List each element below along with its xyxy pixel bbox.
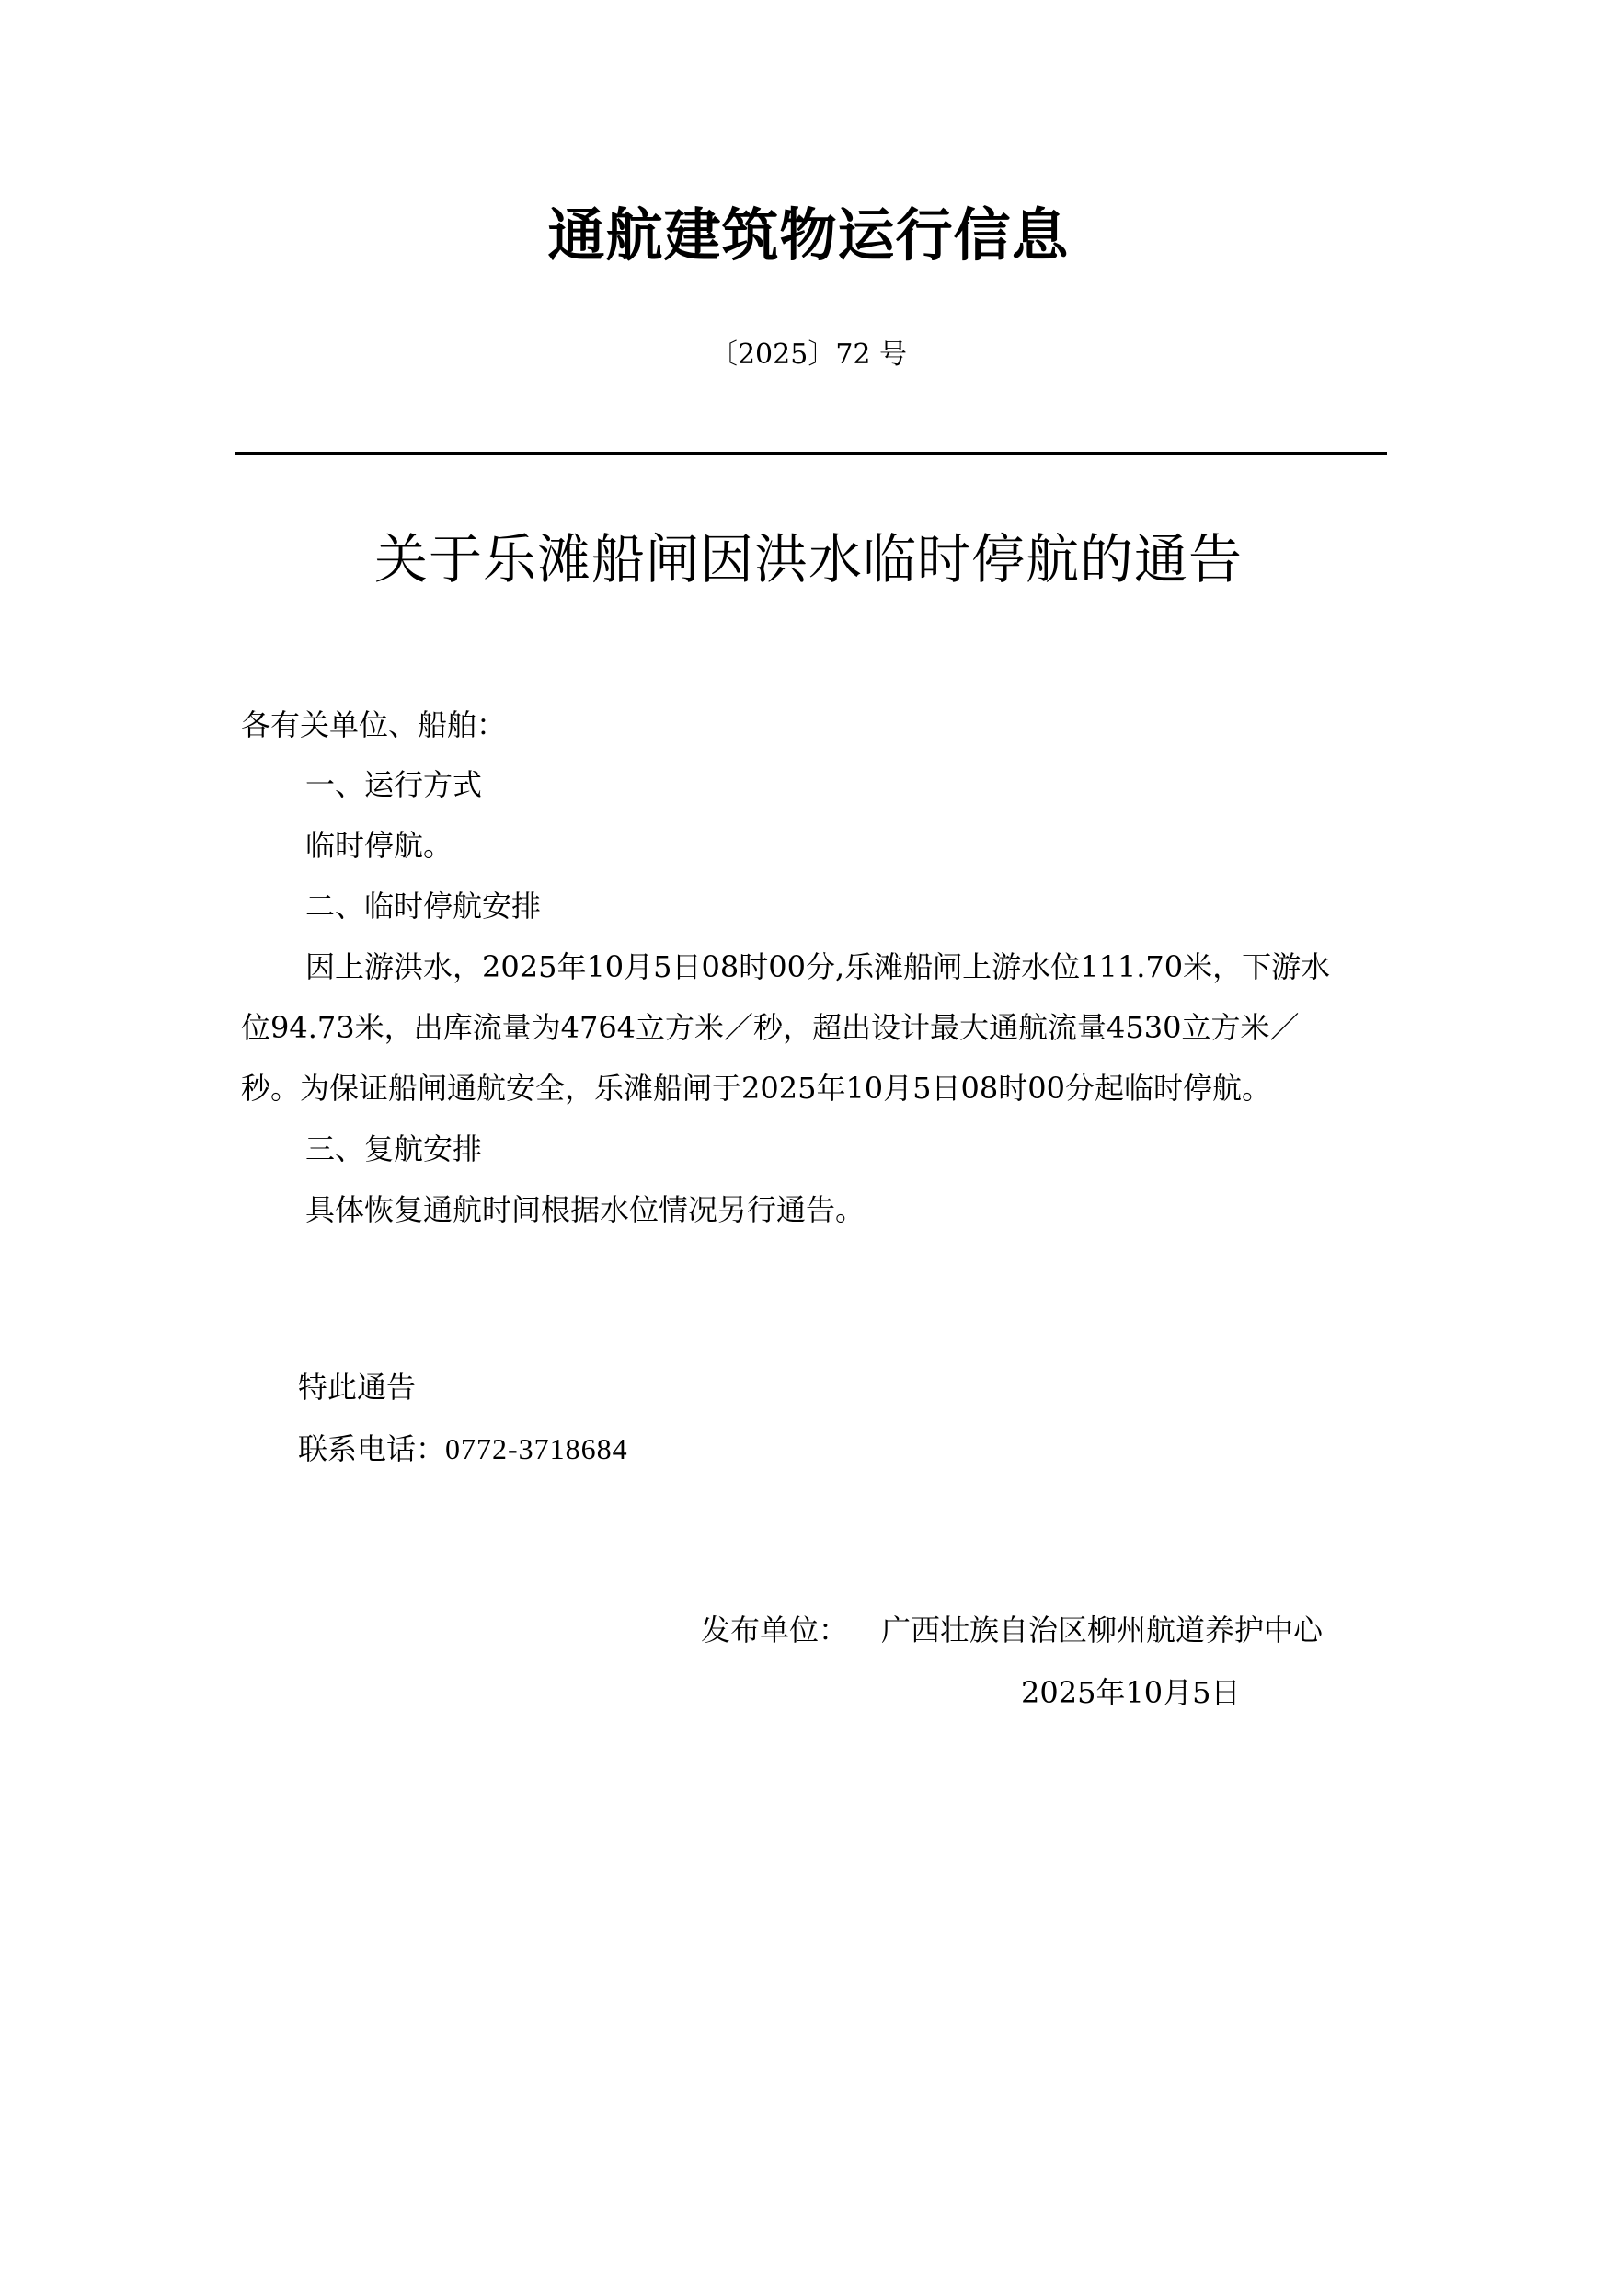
issuing-unit: 发布单位：广西壮族自治区柳州航道养护中心 bbox=[701, 1610, 1323, 1650]
contact-phone-label: 联系电话： bbox=[298, 1431, 445, 1466]
section-text-resumption: 具体恢复通航时间根据水位情况另行通告。 bbox=[305, 1189, 865, 1230]
section-text-suspension-line-1: 因上游洪水，2025年10月5日08时00分,乐滩船闸上游水位111.70米，下… bbox=[305, 947, 1330, 987]
section-heading-resumption: 三、复航安排 bbox=[305, 1129, 482, 1169]
notice-title: 关于乐滩船闸因洪水临时停航的通告 bbox=[0, 522, 1617, 596]
issuing-unit-label: 发布单位： bbox=[701, 1613, 848, 1647]
header-divider bbox=[235, 452, 1387, 455]
section-text-suspension-line-2: 位94.73米，出库流量为4764立方米／秒，超出设计最大通航流量4530立方米… bbox=[241, 1007, 1300, 1048]
issuing-unit-name: 广西壮族自治区柳州航道养护中心 bbox=[881, 1613, 1323, 1647]
closing-statement: 特此通告 bbox=[298, 1367, 416, 1407]
header-title: 通航建筑物运行信息 bbox=[0, 199, 1617, 272]
section-text-suspension-line-3: 秒。为保证船闸通航安全，乐滩船闸于2025年10月5日08时00分起临时停航。 bbox=[241, 1068, 1271, 1108]
section-heading-operation-mode: 一、运行方式 bbox=[305, 764, 482, 805]
contact-phone: 联系电话：0772-3718684 bbox=[298, 1429, 628, 1469]
issue-date: 2025年10月5日 bbox=[1021, 1672, 1241, 1713]
document-page: 通航建筑物运行信息 〔2025〕72 号 关于乐滩船闸因洪水临时停航的通告 各有… bbox=[0, 0, 1617, 2296]
document-number: 〔2025〕72 号 bbox=[0, 337, 1617, 373]
salutation: 各有关单位、船舶： bbox=[241, 705, 506, 745]
section-text-operation-mode: 临时停航。 bbox=[305, 825, 453, 866]
section-heading-suspension: 二、临时停航安排 bbox=[305, 886, 541, 926]
contact-phone-number: 0772-3718684 bbox=[445, 1432, 628, 1465]
